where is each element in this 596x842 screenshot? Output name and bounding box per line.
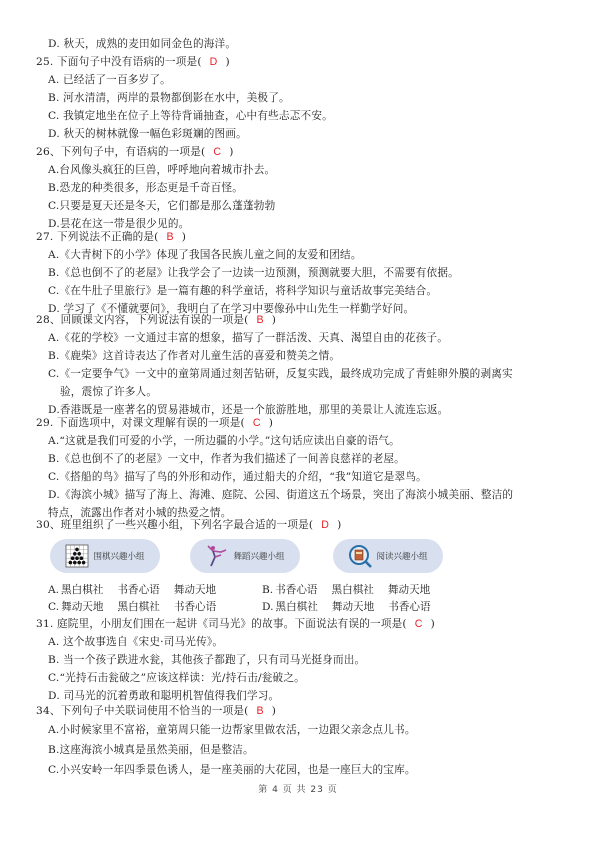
- q26-answer: C: [205, 145, 229, 159]
- q26-option-a: A.台风像头疯狂的巨兽，呼呼地向着城市扑去。: [48, 163, 275, 177]
- q31-option-b: B. 当一个孩子跌进水瓮，其他孩子都跑了，只有司马光挺身而出。: [48, 653, 365, 667]
- q34-option-a: A.小时候家里不富裕，童第周只能一边帮家里做农活，一边跟父亲念点儿书。: [48, 723, 416, 737]
- choice-name: 书香心语: [174, 599, 216, 614]
- q31-option-a: A. 这个故事选自《宋史·司马光传》。: [48, 635, 223, 649]
- q31-answer: C: [407, 617, 431, 631]
- group-label-reading: 阅读兴趣小组: [376, 550, 427, 562]
- q28-option-d: D.香港既是一座著名的贸易港城市，还是一个旅游胜地，那里的美景让人流连忘返。: [48, 403, 448, 417]
- q29-close: ): [269, 417, 273, 429]
- book-magnifier-icon: [348, 544, 372, 568]
- q31-stem: 31. 庭院里，小朋友们围在一起讲《司马光》的故事。下面说法有误的一项是(C): [36, 617, 435, 631]
- q29-stem-text: 29. 下面选项中，对课文理解有误的一项是(: [36, 417, 245, 429]
- group-label-dance: 舞蹈兴趣小组: [233, 550, 284, 562]
- q28-stem: 28、回顾课文内容，下列说法有误的一项是(B): [36, 313, 276, 327]
- q28-stem-text: 28、回顾课文内容，下列说法有误的一项是(: [36, 314, 249, 326]
- choice-name: 舞动天地: [388, 582, 430, 597]
- q30-stem-text: 30、班里组织了一些兴趣小组，下列名字最合适的一项是(: [36, 519, 313, 531]
- q34-option-b: B.这座海滨小城真是虽然美丽，但是整洁。: [48, 743, 254, 757]
- q29-stem: 29. 下面选项中，对课文理解有误的一项是(C): [36, 416, 273, 430]
- q30-close: ): [337, 519, 341, 531]
- q28-option-c-cont: 验，震惊了许多人。: [60, 385, 157, 399]
- q34-option-c: C.小兴安岭一年四季景色诱人，是一座美丽的大花园，也是一座巨大的宝库。: [48, 763, 416, 777]
- q28-option-b: B.《鹿柴》这首诗表达了作者对儿童生活的喜爱和赞美之情。: [48, 349, 340, 363]
- q31-stem-text: 31. 庭院里，小朋友们围在一起讲《司马光》的故事。下面说法有误的一项是(: [36, 618, 407, 630]
- q28-option-c: C.《一定要争气》一文中的童第周通过刻苦钻研，反复实践，最终成功完成了青蛙卵外膜…: [48, 367, 513, 381]
- q29-answer: C: [245, 416, 269, 430]
- group-pill-dance: 舞蹈兴趣小组: [190, 539, 300, 573]
- choice-name: 黑白棋社: [332, 582, 374, 597]
- q26-stem-text: 26、下列句子中，有语病的一项是(: [36, 146, 205, 158]
- q28-answer: B: [249, 313, 272, 327]
- q30-stem: 30、班里组织了一些兴趣小组，下列名字最合适的一项是(D): [36, 518, 341, 532]
- q27-option-a: A.《大青树下的小学》体现了我国各民族儿童之间的友爱和团结。: [48, 248, 362, 262]
- dancer-icon: [205, 544, 229, 568]
- q26-close: ): [229, 146, 233, 158]
- q31-close: ): [431, 618, 435, 630]
- q26-option-c: C.只要是夏天还是冬天，它们都是那么蓬蓬勃勃: [48, 199, 275, 213]
- q28-option-a: A.《花的学校》一文通过丰富的想象，描写了一群活泼、天真、渴望自由的花孩子。: [48, 331, 448, 345]
- choice-name: 舞动天地: [61, 599, 103, 614]
- q30-answer: D: [313, 518, 337, 532]
- q26-option-d: D.昙花在这一带是很少见的。: [48, 217, 189, 231]
- group-pill-reading: 阅读兴趣小组: [333, 539, 443, 573]
- q25-answer: D: [202, 55, 226, 69]
- choice-name: 舞动天地: [332, 599, 374, 614]
- q27-option-c: C.《在牛肚子里旅行》是一篇有趣的科学童话，将科学知识与童话故事完美结合。: [48, 284, 437, 298]
- q25-stem: 25. 下面句子中没有语病的一项是(D): [36, 55, 230, 69]
- choice-name: 舞动天地: [174, 582, 216, 597]
- q25-stem-text: 25. 下面句子中没有语病的一项是(: [36, 56, 202, 68]
- q25-option-b: B. 河水清清，两岸的景物都倒影在水中，美极了。: [48, 91, 290, 105]
- choice-name: 书香心语: [388, 599, 430, 614]
- q27-answer: B: [159, 230, 182, 244]
- q26-option-b: B.恐龙的种类很多，形态更是千奇百怪。: [48, 181, 243, 195]
- q34-stem-text: 34、下列句子中关联词使用不恰当的一项是(: [36, 705, 249, 717]
- q30-choice-a: A.黑白棋社书香心语舞动天地: [48, 582, 230, 597]
- choice-name: 书香心语: [275, 582, 317, 597]
- document-page: D. 秋天，成熟的麦田如同金色的海洋。 25. 下面句子中没有语病的一项是(D)…: [0, 0, 596, 842]
- page-number: 第 4 页 共 23 页: [0, 782, 596, 795]
- go-board-icon: [65, 544, 89, 568]
- choice-key: A.: [48, 584, 59, 596]
- choice-key: C.: [48, 601, 59, 613]
- q25-close: ): [226, 56, 230, 68]
- q24-option-d: D. 秋天，成熟的麦田如同金色的海洋。: [48, 37, 236, 51]
- q30-choice-d: D.黑白棋社舞动天地书香心语: [262, 599, 445, 614]
- q25-option-c: C. 我镇定地坐在位子上等待背诵抽查，心中有些忐忑不安。: [48, 109, 333, 123]
- q30-choice-b: B.书香心语黑白棋社舞动天地: [262, 582, 444, 597]
- q30-choice-c: C.舞动天地黑白棋社书香心语: [48, 599, 230, 614]
- q29-option-c: C.《搭船的鸟》描写了鸟的外形和动作，通过船夫的介绍，“我”知道它是翠鸟。: [48, 470, 427, 484]
- q31-option-d: D. 司马光的沉着勇敢和聪明机智值得我们学习。: [48, 689, 279, 703]
- choice-name: 黑白棋社: [61, 582, 103, 597]
- group-label-go: 围棋兴趣小组: [93, 550, 144, 562]
- q29-option-d: D.《海滨小城》描写了海上、海滩、庭院、公园、街道这五个场景，突出了海滨小城美丽…: [48, 488, 513, 502]
- q31-option-c: C.“光持石击瓮破之”应该这样读：光/持石击/瓮破之。: [48, 671, 305, 685]
- q34-close: ): [272, 705, 276, 717]
- q29-option-b: B.《总也倒不了的老屋》一文中，作者为我们描述了一间善良慈祥的老屋。: [48, 452, 405, 466]
- q34-answer: B: [249, 704, 272, 718]
- q25-option-a: A. 已经活了一百多岁了。: [48, 73, 171, 87]
- choice-name: 书香心语: [117, 582, 159, 597]
- q34-stem: 34、下列句子中关联词使用不恰当的一项是(B): [36, 704, 276, 718]
- q27-stem-text: 27. 下列说法不正确的是(: [36, 231, 159, 243]
- q29-option-a: A.“这就是我们可爱的小学，一所边疆的小学。”这句话应读出自豪的语气。: [48, 434, 400, 448]
- q28-close: ): [272, 314, 276, 326]
- choice-key: D.: [262, 601, 273, 613]
- choice-name: 黑白棋社: [117, 599, 159, 614]
- q26-stem: 26、下列句子中，有语病的一项是(C): [36, 145, 234, 159]
- choice-key: B.: [262, 584, 273, 596]
- choice-name: 黑白棋社: [275, 599, 317, 614]
- q27-option-b: B.《总也倒不了的老屋》让我学会了一边读一边预测，预测就要大胆，不需要有依据。: [48, 266, 459, 280]
- q25-option-d: D. 秋天的树林就像一幅色彩斑斓的图画。: [48, 127, 247, 141]
- group-pill-go: 围棋兴趣小组: [50, 539, 160, 573]
- q27-stem: 27. 下列说法不正确的是(B): [36, 230, 186, 244]
- q27-close: ): [182, 231, 186, 243]
